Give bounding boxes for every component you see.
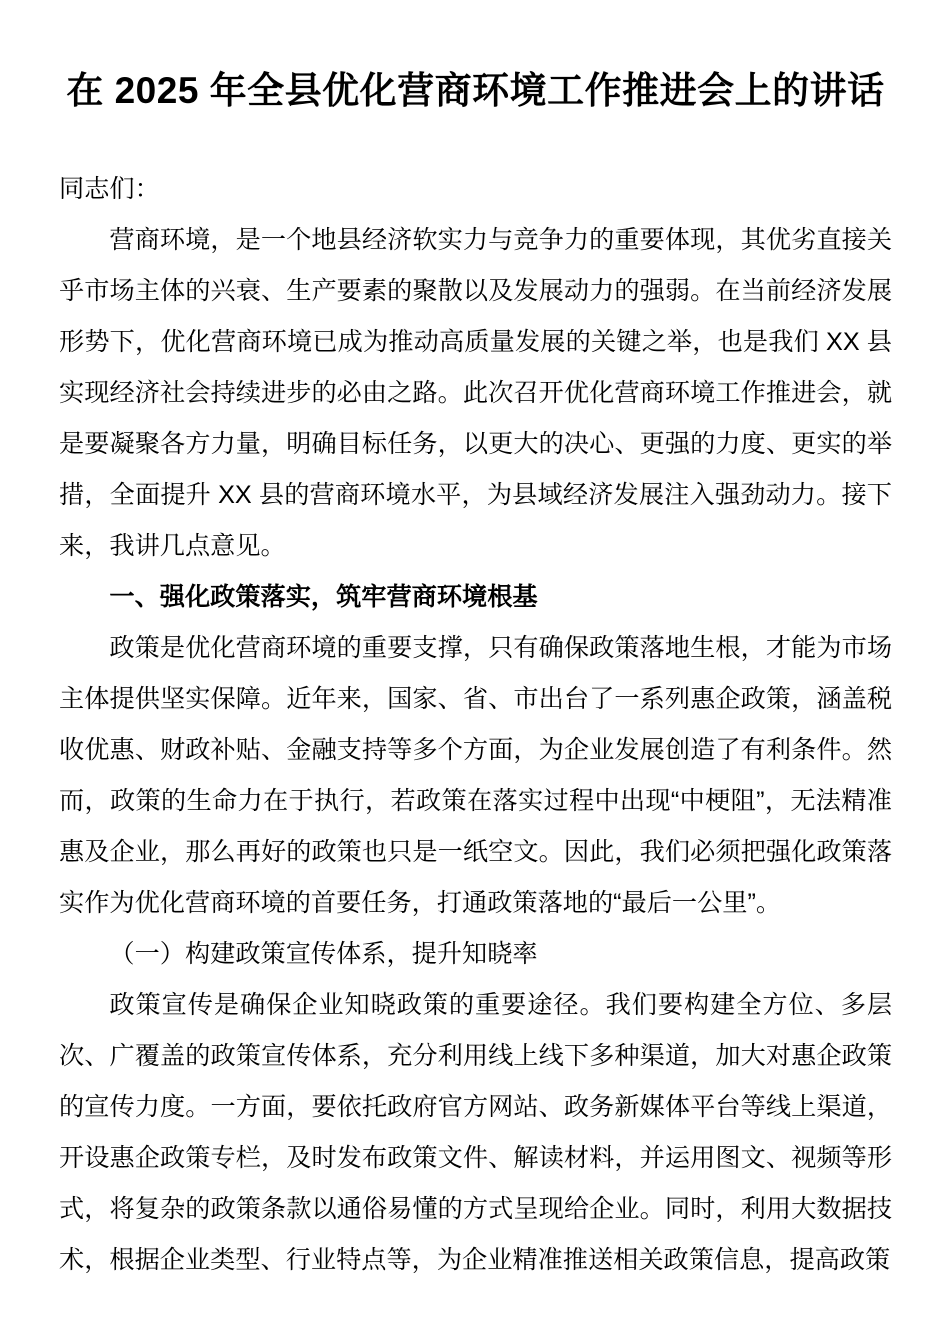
paragraph: 政策是优化营商环境的重要支撑，只有确保政策落地生根，才能为市场主体提供坚实保障。… bbox=[59, 623, 892, 929]
paragraph: 营商环境，是一个地县经济软实力与竞争力的重要体现，其优劣直接关乎市场主体的兴衰、… bbox=[59, 215, 892, 572]
document-title: 在 2025 年全县优化营商环境工作推进会上的讲话 bbox=[59, 65, 892, 117]
document-page: 在 2025 年全县优化营商环境工作推进会上的讲话 同志们： 营商环境，是一个地… bbox=[0, 0, 950, 1344]
section-heading: 一、强化政策落实，筑牢营商环境根基 bbox=[59, 572, 892, 623]
document-content: 在 2025 年全县优化营商环境工作推进会上的讲话 同志们： 营商环境，是一个地… bbox=[0, 0, 950, 1286]
sub-heading: （一）构建政策宣传体系，提升知晓率 bbox=[59, 929, 892, 980]
paragraph: 政策宣传是确保企业知晓政策的重要途径。我们要构建全方位、多层次、广覆盖的政策宣传… bbox=[59, 980, 892, 1286]
salutation: 同志们： bbox=[59, 164, 892, 215]
document-body: 营商环境，是一个地县经济软实力与竞争力的重要体现，其优劣直接关乎市场主体的兴衰、… bbox=[59, 215, 892, 1286]
